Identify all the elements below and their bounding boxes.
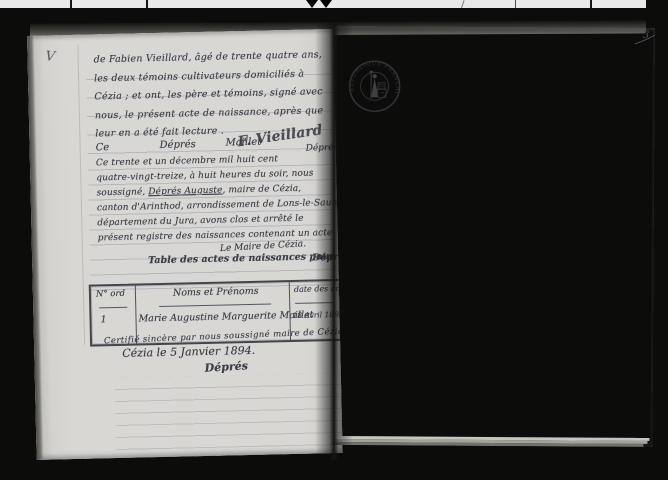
ruled-lines (115, 373, 342, 456)
header-underline (159, 303, 271, 307)
signature: Déprés (204, 359, 248, 374)
signature: Ce (96, 142, 110, 153)
row-number: 1 (100, 314, 106, 325)
page-stack-edge (333, 442, 643, 447)
film-edge-scratch (460, 0, 464, 10)
registration-triangle-icon (320, 0, 332, 8)
microfilm-scan: V de Fabien Vieillard, âgé de trente qua… (0, 0, 668, 480)
manuscript-text: , maire de Cézia, (222, 184, 301, 196)
place-date-line: Cézia le 5 Janvier 1894. (122, 344, 255, 360)
page-torn-edge (27, 36, 44, 460)
signature: Déprés (159, 139, 195, 151)
republique-francaise-seal-icon: RÉPUBLIQUE FRANÇAISE (346, 58, 402, 114)
closing-paragraph: Ce trente et un décembre mil huit cent q… (96, 151, 343, 247)
film-edge-strip (0, 0, 646, 8)
page-number-mark: 3 (634, 30, 655, 48)
film-edge-tick (515, 0, 516, 8)
mayor-name: Déprés Auguste (148, 186, 222, 198)
marianne-figure (369, 71, 386, 99)
row-name: Marie Augustine Marguerite Maillet (138, 310, 313, 325)
table-header-order: N° ord (96, 289, 125, 300)
table-header-names: Noms et Prénoms (173, 286, 259, 299)
film-edge-tick (146, 0, 148, 8)
official-stamp: RÉPUBLIQUE FRANÇAISE (346, 58, 402, 114)
film-edge-tick (590, 0, 592, 8)
book-binding-shadow (315, 22, 353, 460)
registration-triangle-icon (306, 0, 318, 8)
header-underline (99, 307, 127, 309)
left-page: V de Fabien Vieillard, âgé de trente qua… (27, 29, 343, 460)
table-row: 1 Marie Augustine Marguerite Maillet 18 … (91, 309, 339, 315)
page-fold-line (77, 45, 85, 345)
pencil-check-mark: V (45, 49, 56, 65)
folio-number: 3 (643, 30, 649, 41)
film-edge-tick (70, 0, 72, 8)
right-page: RÉPUBLIQUE FRANÇAISE (331, 26, 655, 447)
manuscript-text: soussigné, (97, 187, 149, 198)
